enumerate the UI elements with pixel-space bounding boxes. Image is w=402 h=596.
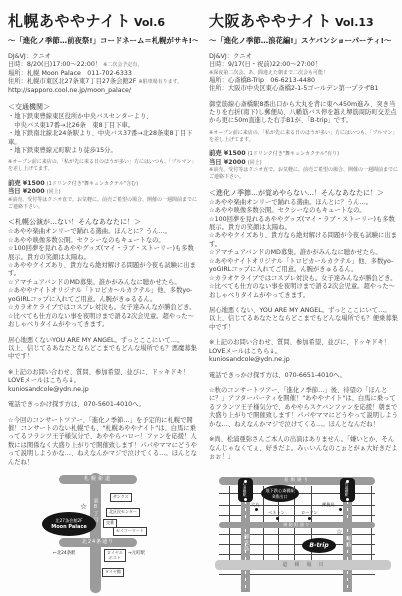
- angel-section-sapporo: 居心地悪くないYOU ARE MY ANGEL。ずっとここにいて…。 以上、信じ…: [8, 337, 198, 362]
- door-price: 当日 ¥2000: [209, 159, 246, 166]
- door-price-line: 当日 ¥2000 (同上): [209, 159, 399, 167]
- access-heading: ＜交通機関＞: [8, 102, 198, 112]
- feature-bullet: ☆あややナイトオリジナル「トロピカールカクテル」他、多数yo-yoGIRLコップ…: [209, 258, 399, 275]
- feature-bullet: ☆100回夢を見れるあややグッズ(マイ・ラブ・ストーリー)も多数展示。貴方の笑顔…: [8, 245, 198, 262]
- contact-section-osaka: ※上記のお問い合わせ、質問、参加希望、並びに、ドッキドキ！LOVEメールはこちら…: [209, 339, 399, 364]
- angel-line: 居心地悪くないYOU ARE MY ANGEL。ずっとここにいて…。: [8, 337, 198, 345]
- sapporo-title-row: 札幌あややナイトVol.6: [8, 10, 198, 31]
- page-title-osaka: 大阪あややナイト: [209, 12, 332, 30]
- river-dotonbori: 道頓堀川: [215, 560, 391, 570]
- volume-label: Vol.6: [134, 16, 165, 29]
- datetime-note: ※深夜第二次会、あ、間違えた朝まで二次会も可能！: [209, 70, 399, 77]
- venue-ellipse-btrip: B-trip: [302, 538, 336, 553]
- osaka-map: 御堂筋 堺筋 長堀通り 心斎橋駅 長堀橋駅 地下鉄心斎橋駅 8番出口 大丸 ベネ…: [205, 472, 402, 596]
- exit-bubble-line: 8番出口: [272, 494, 287, 500]
- access-section-sapporo: ＜交通機関＞ ・地下鉄東豊線東区役所か中央バスセンターより、 中央バス東17番→…: [8, 102, 198, 173]
- exit-bubble: 地下鉄心斎橋駅 8番出口: [261, 485, 299, 502]
- road-suomachi: 周防町通り: [219, 522, 375, 528]
- sapporo-column: 札幌あややナイトVol.6 ～「進化ノ季節…前夜祭!」コードネーム＝札幌がサキ!…: [8, 10, 198, 468]
- page-title-sapporo: 札幌あややナイト: [8, 12, 131, 30]
- landmark-box: ロイヤル ホスト: [104, 549, 126, 562]
- station-nagahoribashi-label: 長堀橋駅: [345, 482, 350, 496]
- landmark-box-line: ホスト: [109, 555, 121, 560]
- volume-label: Vol.13: [335, 16, 374, 29]
- contact-section-sapporo: ※上記のお問い合わせ、質問、参加希望、並びに、ドッキドキ！LOVEメールはこちら…: [8, 369, 198, 394]
- advance-price-note: (1ドリンク付き"舞キュンカクテル"有り): [248, 151, 339, 157]
- contact-text: ※上記のお問い合わせ、質問、参加希望、並びに、ドッキドキ！LOVEメールはこちら…: [8, 369, 198, 386]
- access-line: ・地下鉄東豊線元町駅より徒歩15分。: [8, 147, 198, 155]
- datetime-note: ※二次会予定有。: [103, 62, 142, 68]
- feature-bullet: ☆あやや楽曲オンリーで踊れる選曲。ほんとに？うん…。: [8, 228, 198, 236]
- venue-bubble-moon-palace: 北27条会館2F Moon Palace: [42, 512, 96, 536]
- features-section-sapporo: ＜札幌公演が…ない！そんなあなたに！＞ ☆あやや楽曲オンリーで踊れる選曲。ほんと…: [8, 217, 198, 329]
- osaka-title-row: 大阪あややナイトVol.13: [209, 10, 399, 31]
- disclaimer-paragraph: ※尚、松浦亜弥さんご本人の出演はありません。「嫌いとか、そんなんじゃなくてぇ、好…: [209, 436, 399, 461]
- price-section-osaka: 前売 ¥1500 (1ドリンク付き"舞キュンカクテル"有り) 当日 ¥2000 …: [209, 150, 399, 180]
- sparkle-icon: ☆: [80, 503, 87, 511]
- pitch-heading: ＜進化ノ季節…が覚めやらない…！そんなあなたに！＞: [209, 188, 399, 198]
- feature-bullet: ☆あやや楽曲オンリーで踊れる選曲。ほんとに？うん…。: [209, 199, 399, 207]
- road-kita24jo: 北24条通り: [59, 538, 137, 547]
- arrow-west-station-label: ←北24条駅: [53, 550, 75, 556]
- subtitle-sapporo: ～「進化ノ季節…前夜祭!」コードネーム＝札幌がサキ!～: [8, 35, 198, 46]
- feature-bullet: ☆比べても仕方のない事を夜明けまで語る2次会児童。超やった～おしゃべりタイムがや…: [8, 313, 198, 330]
- datetime-line: 日時：8/20(日)17:00～22:00！ ※二次会予定有。: [8, 61, 198, 69]
- advance-price: 前売 ¥1500: [209, 150, 246, 157]
- access-line: ・地下鉄南北線北24条駅より、中央バス37番→北28条東8丁目下車。: [8, 130, 198, 147]
- price-section-sapporo: 前売 ¥1500 (1ドリンク付き"舞キュンカクテル"含む) 当日 ¥2000 …: [8, 180, 198, 210]
- poi-daimaru-label: 大丸: [251, 502, 259, 508]
- sparkle-icon: ☆: [336, 529, 342, 536]
- landmark-box: サンクス: [110, 493, 132, 502]
- access-line: ・地下鉄東豊線東区役所か中央バスセンターより、: [8, 113, 198, 121]
- advance-price-note: (1ドリンク付き"舞キュンカクテル"含む): [47, 181, 138, 187]
- closing-paragraph: ☆秋のコンサートツアー、「進化ノ季節…」後、待望の「ほんとに？」アフターパーティ…: [209, 387, 399, 429]
- phone-line: 電話できっかけ探す方は、070-6651-4010へ。: [209, 372, 399, 380]
- road-sapporo-shindo: 札幌新道: [59, 475, 137, 484]
- contact-email-link[interactable]: kuniosandcole@ydn.ne.jp: [209, 356, 290, 363]
- contact-email-link[interactable]: kuniosandcole@ydn.ne.jp: [8, 386, 89, 393]
- landmark-box: セイコーマート: [113, 527, 147, 536]
- venue-bubble-name: Moon Palace: [51, 524, 87, 530]
- landmark-box: 北区民センター: [106, 508, 140, 517]
- access-line: 中央バス東17番→北26条 東8丁目下車。: [8, 122, 198, 130]
- recruit-line: 以上、信じてるあなたとならどこまでもどんな場所でも？便乗募集中です！: [209, 315, 399, 332]
- pitch-heading: ＜札幌公演が…ない！そんなあなたに！＞: [8, 217, 198, 227]
- price-note: ※前売、受付等はクニオ直で。お気軽に。前売ご希望の場合、開催の一週間前までにご連…: [209, 167, 399, 181]
- open-note: ※オープン前に来店の、「私が先に来る日のほうが多い」方にはいつも、「プルマン」を…: [8, 159, 198, 173]
- feature-bullet: ☆あややクイズあり、貴方なら絶対解ける問題が今夜も試験に出ます。: [8, 262, 198, 279]
- feature-bullet: ☆カラオケライブではコスプレ対決も。女子達みんなが勝負どき。: [8, 304, 198, 312]
- feature-bullet: ☆アマチュアバンドのMD募集。誰かがみんなに聴かせたら。: [209, 249, 399, 257]
- datetime-line: 日時：9/17(日・祝前)22:00～27:00！: [209, 61, 399, 69]
- road-midosuji-label: 御堂筋: [243, 534, 250, 552]
- angel-section-osaka: 居心地悪くない、YOU ARE MY ANGEL。ずっとここにいて…。 以上、信…: [209, 307, 399, 332]
- features-section-osaka: ＜進化ノ季節…が覚めやらない…！そんなあなたに！＞ ☆あやや楽曲オンリーで踊れる…: [209, 188, 399, 300]
- advance-price-line: 前売 ¥1500 (1ドリンク付き"舞キュンカクテル"有り): [209, 150, 399, 158]
- feature-bullet: ☆比べても仕方のない事を夜明けまで語る2次会児童。超やった～おしゃべりタイムがや…: [209, 283, 399, 300]
- poi-lawson-label: ローソン: [301, 510, 318, 516]
- event-info-osaka: DJ&VJ：クニオ 日時：9/17(日・祝前)22:00～27:00！ ※深夜第…: [209, 53, 399, 94]
- event-info-sapporo: DJ&VJ：クニオ 日時：8/20(日)17:00～22:00！ ※二次会予定有…: [8, 53, 198, 95]
- feature-bullet: ☆あややクイズあり、貴方なら絶対解ける問題が今夜も試験に出ます。: [209, 232, 399, 249]
- feature-bullet: ☆100回夢を見れるあややグッズ(マイ・ラブ・ストーリー)も多数展示。貴方の笑顔…: [209, 216, 399, 233]
- phone-line: 電話できっかけ探す方は、070-5601-4010へ。: [8, 401, 198, 409]
- address-line: 住所：大阪市中央区東心斎橋2-1-5ゴールデン第一プラザB1: [209, 85, 399, 93]
- feature-bullet: ☆カラオケライブではコスプレ対決も。女子達みんなが勝負どき。: [209, 275, 399, 283]
- door-price-line: 当日 ¥2000 (同上): [8, 188, 198, 196]
- osaka-column: 大阪あややナイトVol.13 ～「進化ノ季節…浪花編!」スケバンショーパーティ!…: [209, 10, 399, 468]
- datetime-text: 日時：8/20(日)17:00～22:00！: [8, 61, 101, 68]
- landmark-box: タイヤ館: [102, 568, 124, 577]
- feature-bullet: ☆あやや映像多数公開。セクシーなのもキュートなの。: [8, 237, 198, 245]
- door-price: 当日 ¥2000: [8, 188, 45, 195]
- station-nagahoribashi: 長堀橋駅: [340, 478, 355, 502]
- closing-paragraph: ☆今回のコンサートツアー、「進化ノ季節…」を予定的に札幌で開催！コンサートのない…: [8, 417, 198, 468]
- address-line: 住所：札幌市東区北27条東7丁目27条会館2F ※駐車場有ります。: [8, 78, 198, 86]
- road-higashi8chome: [90, 473, 101, 593]
- feature-bullet: ☆あやや映像多数公開。セクシーなのもキュートなの。: [209, 207, 399, 215]
- address-note: ※駐車場有ります。: [138, 79, 182, 85]
- recruit-line: 以上、信じてるあなたとならどこまでもどんな場所でも？悪魔募集中です！: [8, 345, 198, 362]
- road-sakaisuji-label: 堺筋: [345, 536, 352, 548]
- directions-paragraph: 御堂筋線心斎橋駅8番出口から大丸を背に東へ450m進み、突き当たりを右折(南下)…: [209, 101, 399, 126]
- directions-section-osaka: 御堂筋線心斎橋駅8番出口から大丸を背に東へ450m進み、突き当たりを右折(南下)…: [209, 101, 399, 144]
- subtitle-osaka: ～「進化ノ季節…浪花編!」スケバンショーパーティ!～: [209, 35, 399, 46]
- address-text: 住所：札幌市東区北27条東7丁目27条会館2F: [8, 78, 136, 85]
- door-price-note: (同上): [47, 189, 61, 195]
- price-note: ※前売、受付等はクニオ直で。お気軽に。前売ご希望の場合、開催の一週間前までにご連…: [8, 197, 198, 211]
- poi-post-office-dot: [339, 508, 342, 511]
- feature-bullet: ☆あややナイトオリジナル「トロピカ～ルカクテル」他、多数yo-yoGIRLコップ…: [8, 287, 198, 304]
- advance-price: 前売 ¥1500: [8, 180, 45, 187]
- sapporo-map: 東8丁目 札幌新道 ☆ 北27条会館2F Moon Palace 北24条通り …: [40, 472, 200, 596]
- open-note: ※オープン前に来店の、「私が先に来る日のほうが多い」方にはいつも、「プルマン」を…: [209, 130, 399, 144]
- contact-text: ※上記のお問い合わせ、質問、参加希望、並びに、ドッキドキ！LOVEメールはこちら…: [209, 339, 399, 356]
- door-price-note: (同上): [248, 160, 262, 166]
- station-shinsaibashi: 心斎橋駅: [238, 478, 253, 502]
- station-shinsaibashi-label: 心斎橋駅: [243, 482, 248, 496]
- poi-benetton-label: ベネトン: [268, 510, 285, 516]
- arrow-east-station-label: →元町駅: [128, 550, 145, 556]
- venue-line: 場所：心斎橋B-Trip 06-6213-4480: [209, 77, 399, 85]
- poi-post-office-label: 郵便局: [322, 502, 335, 508]
- poi-daimaru-dot: [255, 508, 258, 511]
- venue-url-link[interactable]: http://sapporo.cool.ne.jp/moon_palace/: [8, 87, 131, 94]
